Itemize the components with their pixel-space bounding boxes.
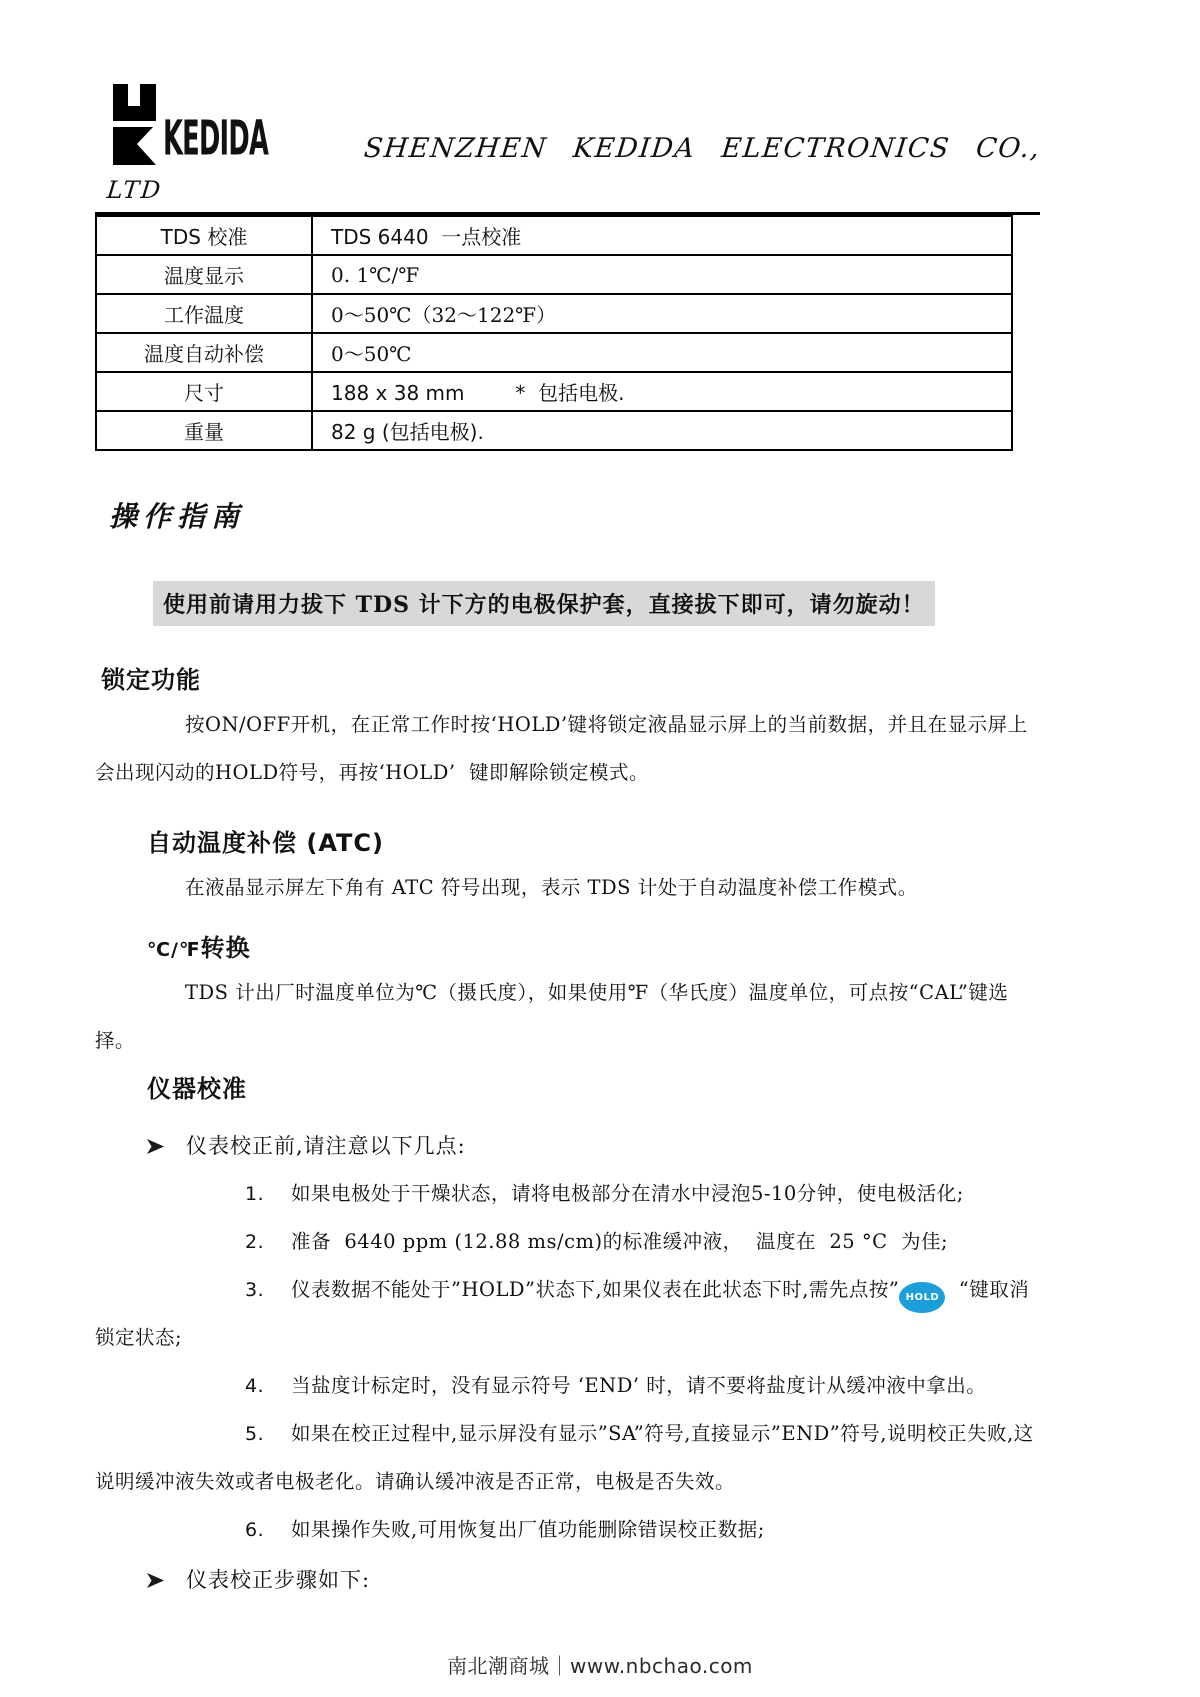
list-item: 5.如果在校正过程中,显示屏没有显示”SA”符号,直接显示”END”符号,说明校… (95, 1410, 1040, 1506)
list-item-number: 2. (245, 1218, 273, 1266)
kedida-logo: KEDIDA (109, 84, 298, 166)
company-name: SHENZHEN KEDIDA ELECTRONICS CO., (362, 133, 1042, 166)
spec-value: TDS 6440 一点校准 (312, 216, 1012, 255)
table-row: 温度显示0. 1℃/℉ (96, 255, 1012, 294)
arrowhead-bullet-icon (147, 1139, 164, 1154)
section-title-calibration: 仪器校准 (147, 1069, 1040, 1104)
spec-table-body: TDS 校准TDS 6440 一点校准温度显示0. 1℃/℉工作温度0～50℃（… (96, 216, 1012, 450)
spec-value: 82 g (包括电极). (312, 411, 1012, 450)
table-row: 温度自动补偿0～50℃ (96, 333, 1012, 372)
list-item: 3.仪表数据不能处于”HOLD”状态下,如果仪表在此状态下时,需先点按”HOLD… (95, 1266, 1040, 1362)
list-item-number: 6. (245, 1506, 273, 1554)
spec-table: TDS 校准TDS 6440 一点校准温度显示0. 1℃/℉工作温度0～50℃（… (95, 215, 1013, 451)
section-title-lock-function: 锁定功能 (101, 660, 1040, 695)
company-name-ltd: LTD (106, 176, 189, 204)
table-row: 工作温度0～50℃（32～122℉） (96, 294, 1012, 333)
spec-value: 0～50℃ (312, 333, 1012, 372)
list-item-number: 1. (245, 1170, 273, 1218)
calibration-steps-line: 仪表校正步骤如下: (147, 1564, 1040, 1594)
spec-label: 工作温度 (96, 294, 312, 333)
section-title-atc: 自动温度补偿 (ATC) (147, 823, 1040, 858)
section-title-cf-conversion: ℃/℉转换 (147, 928, 1040, 963)
logo-wordmark: KEDIDA (163, 109, 268, 166)
list-item: 2.准备 6440 ppm (12.88 ms/cm)的标准缓冲液， 温度在 2… (95, 1218, 1040, 1266)
document-page: KEDIDA SHENZHEN KEDIDA ELECTRONICS CO., … (0, 0, 1200, 1697)
list-item: 1.如果电极处于干燥状态，请将电极部分在清水中浸泡5-10分钟，使电极活化; (95, 1170, 1040, 1218)
section-title-operation-guide: 操作指南 (109, 495, 1040, 535)
calibration-steps-text: 仪表校正步骤如下: (186, 1568, 370, 1592)
spec-label: TDS 校准 (96, 216, 312, 255)
spec-value: 188 x 38 mm * 包括电极. (312, 372, 1012, 411)
list-item-number: 3. (245, 1266, 273, 1314)
list-item-number: 4. (245, 1362, 273, 1410)
table-row: 尺寸188 x 38 mm * 包括电极. (96, 372, 1012, 411)
calibration-notes: 1.如果电极处于干燥状态，请将电极部分在清水中浸泡5-10分钟，使电极活化;2.… (95, 1170, 1040, 1554)
kedida-logo-icon (109, 84, 161, 166)
spec-label: 温度显示 (96, 255, 312, 294)
spec-value: 0. 1℃/℉ (312, 255, 1012, 294)
spec-label: 重量 (96, 411, 312, 450)
footer-site-text: 南北潮商城｜www.nbchao.com (0, 1650, 1200, 1679)
spec-value: 0～50℃（32～122℉） (312, 294, 1012, 333)
cf-title-rest: 转换 (201, 934, 251, 962)
spec-label: 尺寸 (96, 372, 312, 411)
cf-paragraph: TDS 计出厂时温度单位为℃（摄氏度），如果使用℉（华氏度）温度单位，可点按“C… (95, 969, 1040, 1065)
table-row: TDS 校准TDS 6440 一点校准 (96, 216, 1012, 255)
lock-function-paragraph: 按ON/OFF开机，在正常工作时按‘HOLD’键将锁定液晶显示屏上的当前数据，并… (95, 701, 1040, 797)
warning-banner: 使用前请用力拔下 TDS 计下方的电极保护套，直接拔下即可，请勿旋动！ (153, 581, 935, 626)
page-header: KEDIDA SHENZHEN KEDIDA ELECTRONICS CO., … (95, 84, 1040, 215)
atc-paragraph: 在液晶显示屏左下角有 ATC 符号出现，表示 TDS 计处于自动温度补偿工作模式… (95, 864, 1040, 912)
calibration-intro-line: 仪表校正前,请注意以下几点: (147, 1130, 1040, 1160)
cf-units-label: ℃/℉ (147, 939, 201, 961)
table-row: 重量82 g (包括电极). (96, 411, 1012, 450)
list-item: 6.如果操作失败,可用恢复出厂值功能删除错误校正数据; (95, 1506, 1040, 1554)
list-item-number: 5. (245, 1410, 273, 1458)
list-item: 4.当盐度计标定时，没有显示符号 ‘END’ 时，请不要将盐度计从缓冲液中拿出。 (95, 1362, 1040, 1410)
calibration-intro-text: 仪表校正前,请注意以下几点: (186, 1134, 466, 1158)
hold-button-icon: HOLD (899, 1282, 945, 1313)
spec-label: 温度自动补偿 (96, 333, 312, 372)
arrowhead-bullet-icon (147, 1573, 164, 1588)
